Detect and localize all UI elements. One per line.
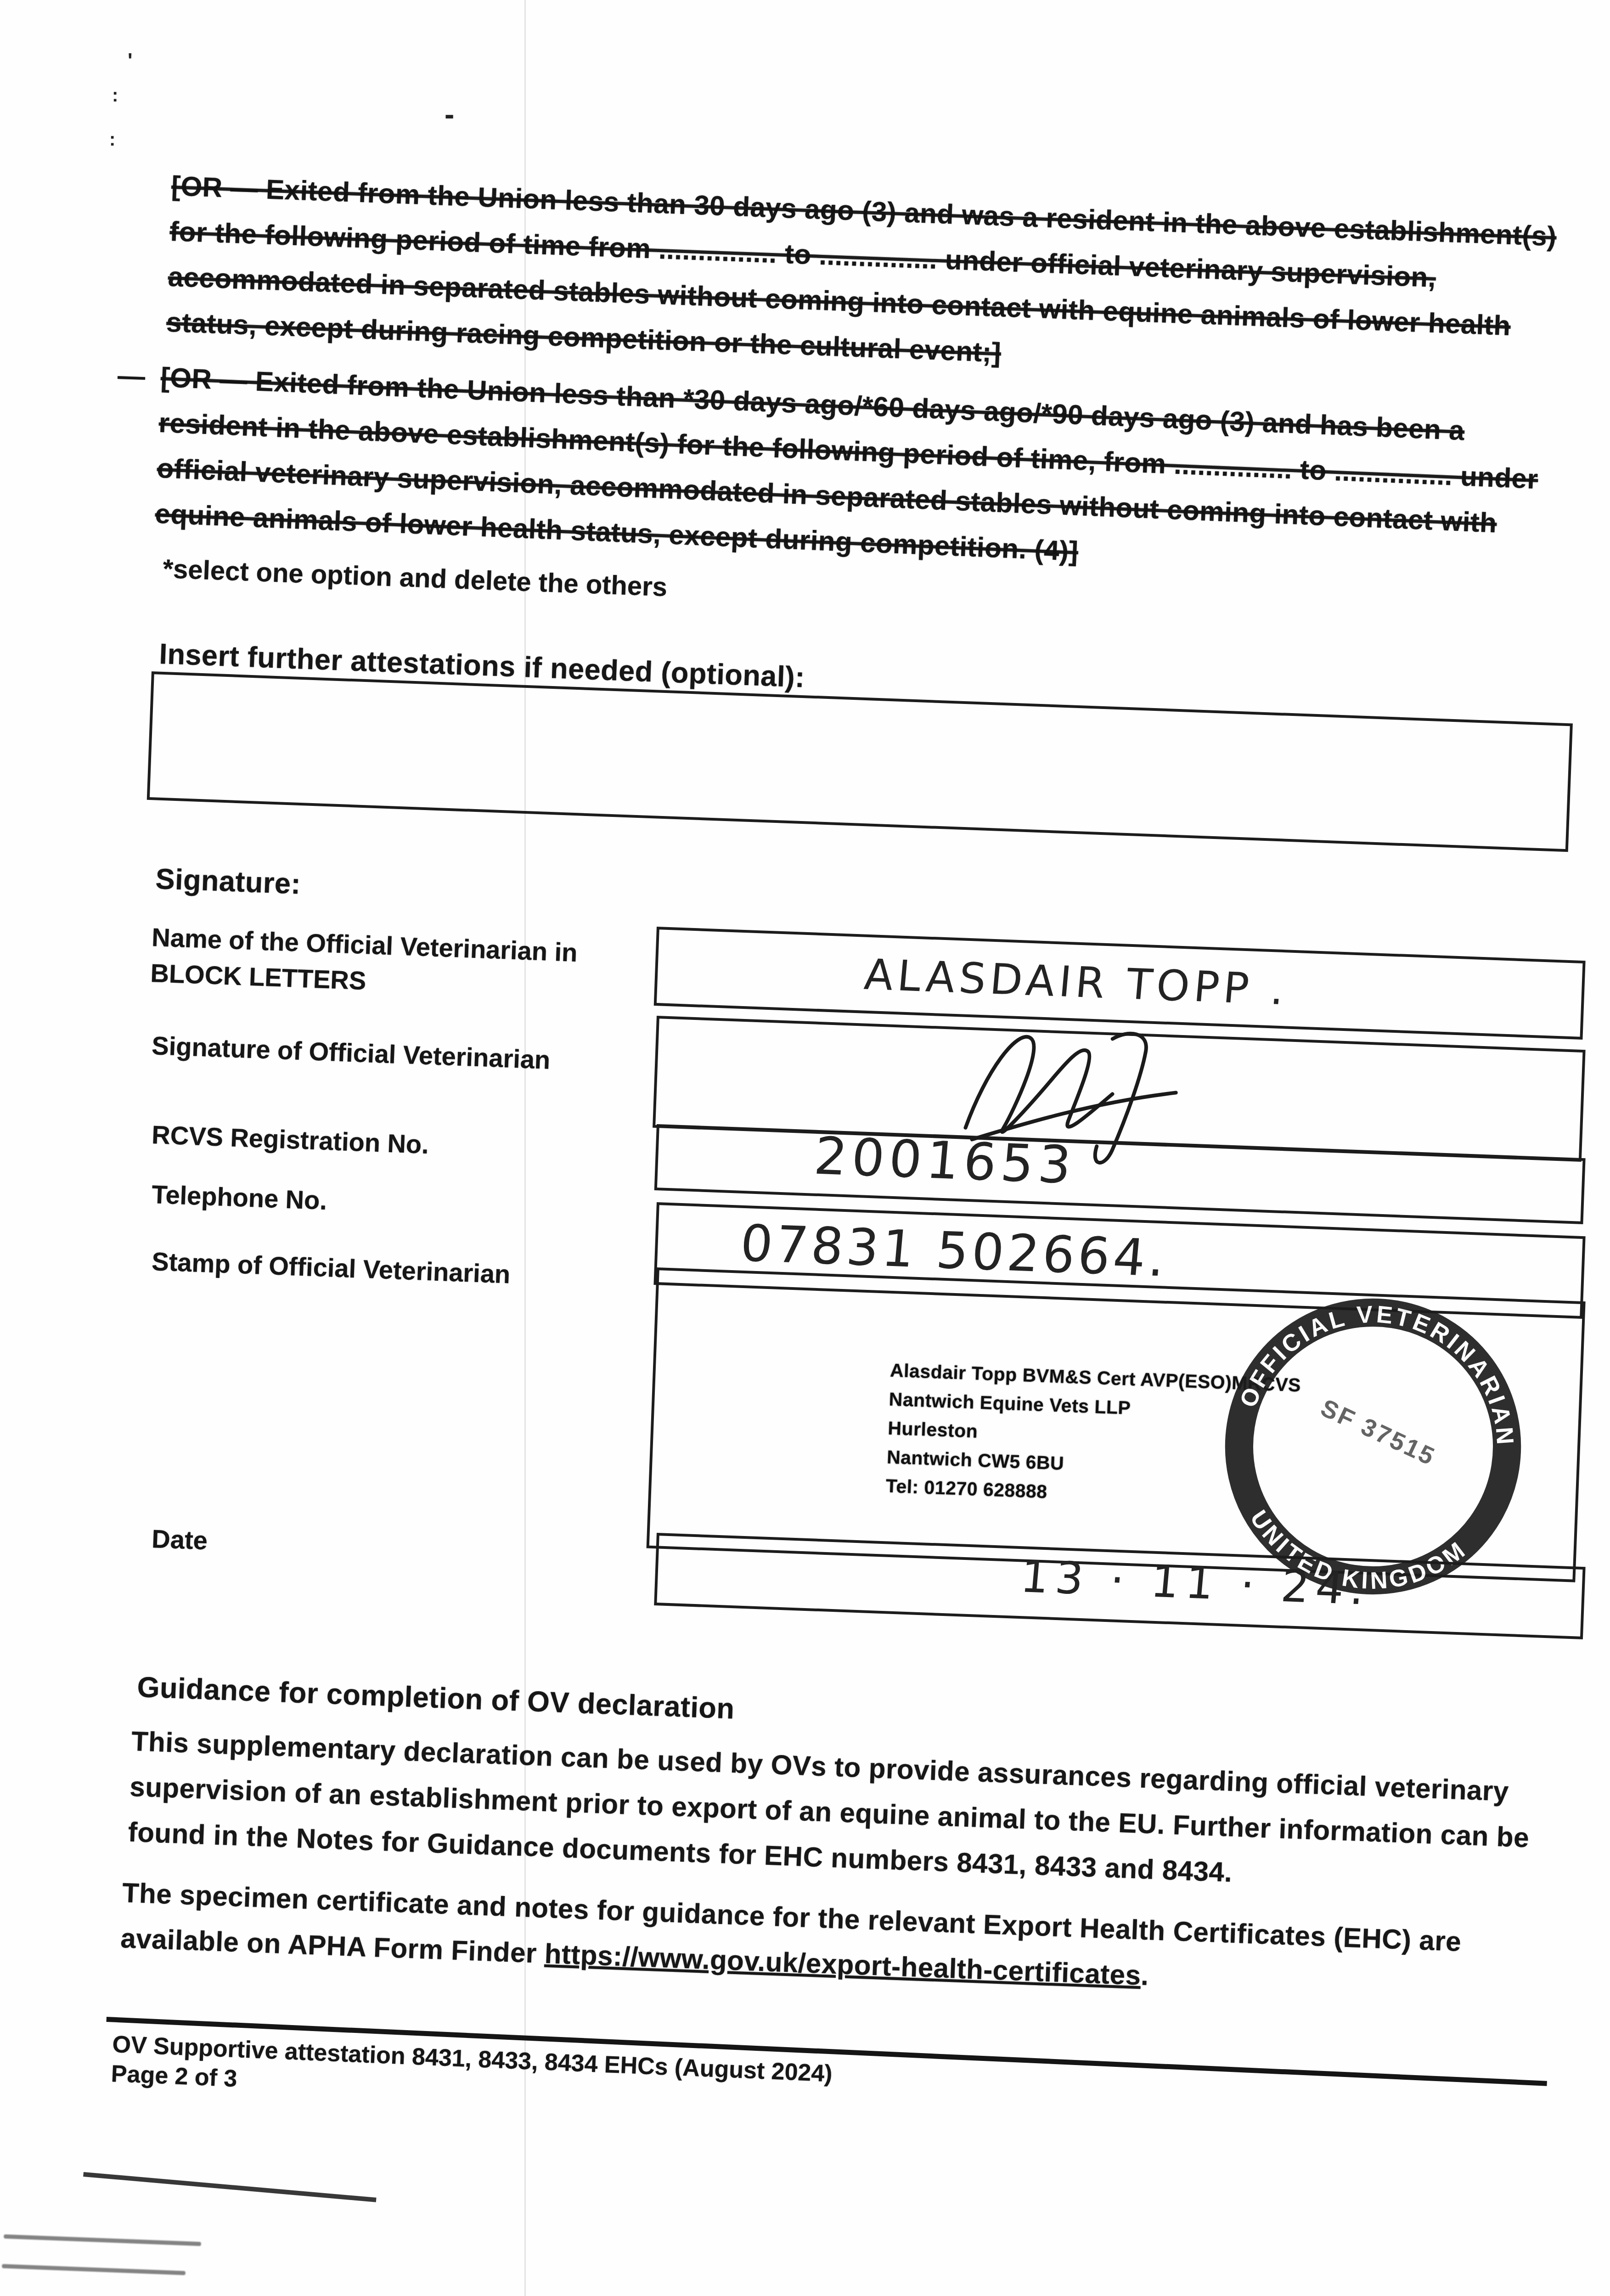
- rcvs-registration-label: RCVS Registration No.: [151, 1117, 429, 1163]
- scan-speck: :: [109, 129, 115, 150]
- specimen-text-end: .: [1140, 1960, 1149, 1991]
- scan-speck: :: [112, 85, 118, 106]
- scan-speck: ': [128, 50, 132, 73]
- scan-stroke-artifact: [83, 2172, 376, 2202]
- option-2-dash: —: [117, 353, 146, 399]
- stamp-of-ov-label: Stamp of Official Veterinarian: [151, 1244, 511, 1293]
- guidance-heading: Guidance for completion of OV declaratio…: [136, 1671, 735, 1726]
- attestation-option-2: [OR — Exited from the Union less than *3…: [154, 355, 1580, 594]
- scan-speck: -: [445, 97, 454, 131]
- scanned-document-page: ' : : - [OR — Exited from the Union less…: [0, 0, 1610, 2296]
- scan-smudge: [2, 2264, 186, 2275]
- footer: OV Supportive attestation 8431, 8433, 84…: [111, 2030, 833, 2118]
- signature-of-ov-label: Signature of Official Veterinarian: [151, 1028, 551, 1078]
- select-option-note: *select one option and delete the others: [163, 553, 668, 602]
- ehc-link: https://www.gov.uk/export-health-certifi…: [544, 1938, 1142, 1991]
- name-label: Name of the Official Veterinarian in BLO…: [150, 919, 639, 1009]
- telephone-label: Telephone No.: [151, 1176, 327, 1219]
- svg-text:SF 37515: SF 37515: [1317, 1394, 1440, 1471]
- scan-smudge: [4, 2234, 201, 2246]
- further-attestations-box: [147, 671, 1573, 852]
- signature-heading: Signature:: [155, 862, 301, 901]
- attestation-option-1: [OR — Exited from the Union less than 30…: [165, 163, 1578, 396]
- date-label: Date: [151, 1521, 208, 1559]
